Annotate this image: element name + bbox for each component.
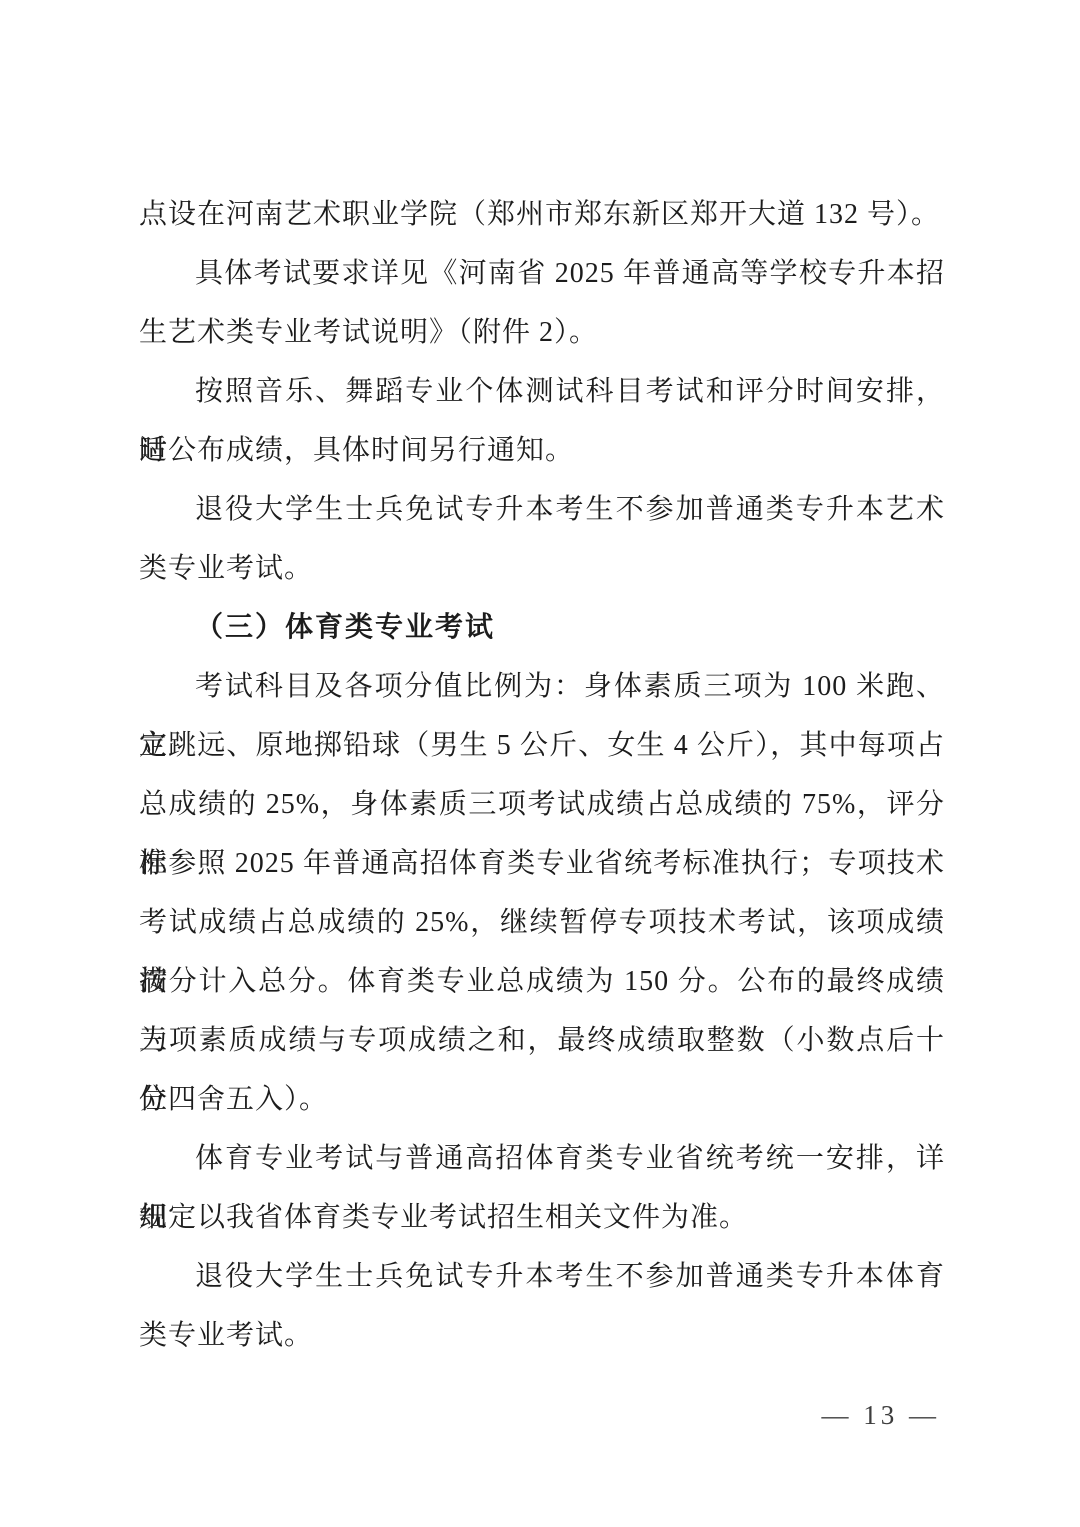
body-line: 定跳远、原地掷铅球（男生 5 公斤、女生 4 公斤），其中每项占 <box>139 716 945 775</box>
body-line: 退役大学生士兵免试专升本考生不参加普通类专升本艺术 <box>139 480 945 539</box>
body-line: 具体考试要求详见《河南省 2025 年普通高等学校专升本招 <box>139 244 945 303</box>
body-line: 类专业考试。 <box>139 1306 945 1365</box>
body-line: 时公布成绩，具体时间另行通知。 <box>139 421 945 480</box>
document-body: 点设在河南艺术职业学院（郑州市郑东新区郑开大道 132 号）。 具体考试要求详见… <box>139 185 945 1365</box>
body-line: 体育专业考试与普通高招体育类专业省统考统一安排，详细 <box>139 1129 945 1188</box>
body-line: 总成绩的 25%，身体素质三项考试成绩占总成绩的 75%，评分标 <box>139 775 945 834</box>
body-line: 满分计入总分。体育类专业总成绩为 150 分。公布的最终成绩为 <box>139 952 945 1011</box>
body-line: 位四舍五入）。 <box>139 1070 945 1129</box>
body-line: 退役大学生士兵免试专升本考生不参加普通类专升本体育 <box>139 1247 945 1306</box>
section-heading: （三）体育类专业考试 <box>139 598 945 657</box>
body-line: 三项素质成绩与专项成绩之和，最终成绩取整数（小数点后十分 <box>139 1011 945 1070</box>
document-page: 点设在河南艺术职业学院（郑州市郑东新区郑开大道 132 号）。 具体考试要求详见… <box>0 0 1080 1527</box>
page-number: — 13 — <box>822 1398 941 1432</box>
body-line: 点设在河南艺术职业学院（郑州市郑东新区郑开大道 132 号）。 <box>139 185 945 244</box>
body-line: 考试科目及各项分值比例为：身体素质三项为 100 米跑、立 <box>139 657 945 716</box>
body-line: 准参照 2025 年普通高招体育类专业省统考标准执行；专项技术 <box>139 834 945 893</box>
body-line: 生艺术类专业考试说明》（附件 2）。 <box>139 303 945 362</box>
body-line: 规定以我省体育类专业考试招生相关文件为准。 <box>139 1188 945 1247</box>
body-line: 考试成绩占总成绩的 25%，继续暂停专项技术考试，该项成绩按 <box>139 893 945 952</box>
body-line: 类专业考试。 <box>139 539 945 598</box>
body-line: 按照音乐、舞蹈专业个体测试科目考试和评分时间安排，适 <box>139 362 945 421</box>
